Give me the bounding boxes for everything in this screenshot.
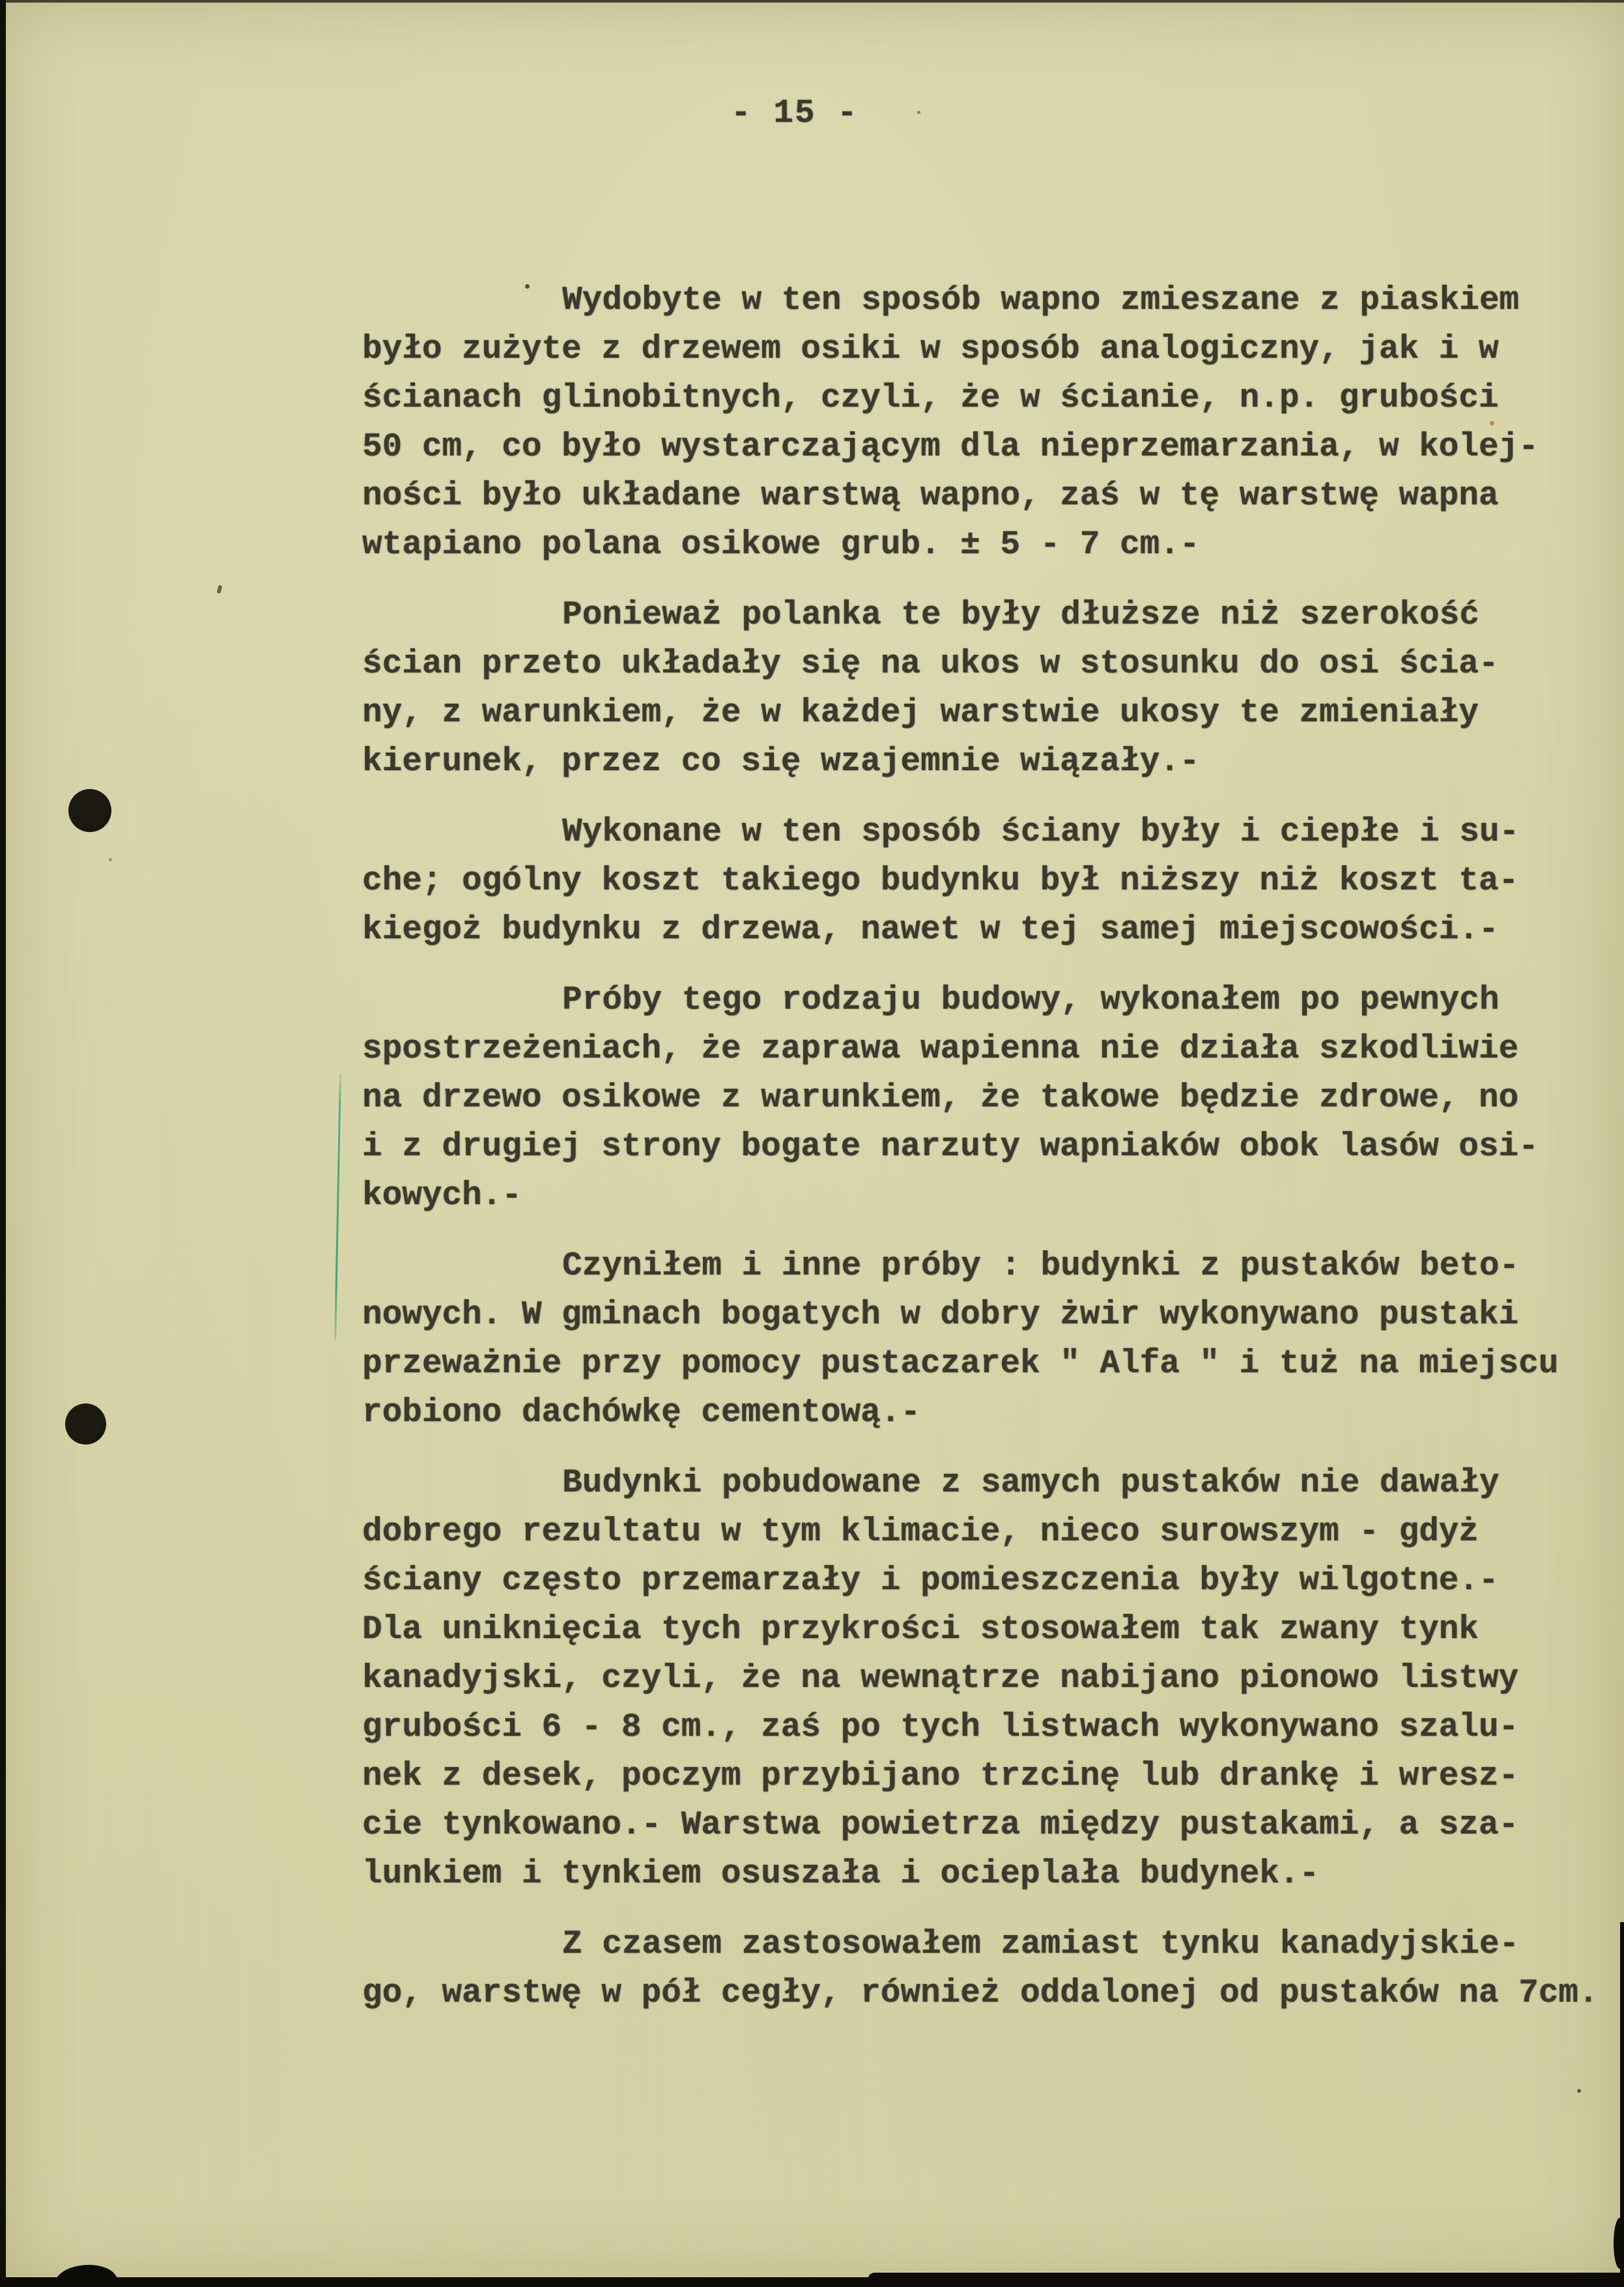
scan-edge-top <box>0 0 1624 3</box>
scan-edge-bottom-blob <box>55 2265 117 2284</box>
paper-speck <box>109 858 112 861</box>
paper-speck <box>217 584 223 594</box>
paper-speck <box>1577 2089 1581 2093</box>
margin-pencil-line <box>334 1074 341 1340</box>
typewritten-paragraph: Wykonane w ten sposób ściany były i ciep… <box>362 808 1624 955</box>
typewritten-paragraph: Ponieważ polanka te były dłuższe niż sze… <box>362 591 1624 786</box>
punch-hole-dot <box>68 789 111 832</box>
typewritten-paragraph: Próby tego rodzaju budowy, wykonałem po … <box>362 976 1624 1220</box>
page-number: - 15 - <box>731 95 859 132</box>
typewritten-paragraph: Z czasem zastosowałem zamiast tynku kana… <box>362 1920 1624 2018</box>
scan-edge-right-blob <box>1614 2218 1624 2269</box>
scan-edge-bottom-right <box>868 2273 1624 2282</box>
scanned-page: - 15 - Wydobyte w ten sposób wapno zmies… <box>0 0 1624 2287</box>
typewritten-paragraph: Czyniłem i inne próby : budynki z pustak… <box>362 1242 1624 1437</box>
scan-edge-left <box>0 0 6 2287</box>
typewritten-paragraph: Budynki pobudowane z samych pustaków nie… <box>362 1459 1624 1899</box>
paper-speck <box>917 111 920 114</box>
typewritten-paragraph: Wydobyte w ten sposób wapno zmieszane z … <box>362 276 1624 569</box>
document-body: Wydobyte w ten sposób wapno zmieszane z … <box>362 276 1624 2039</box>
punch-hole-dot <box>65 1403 106 1445</box>
